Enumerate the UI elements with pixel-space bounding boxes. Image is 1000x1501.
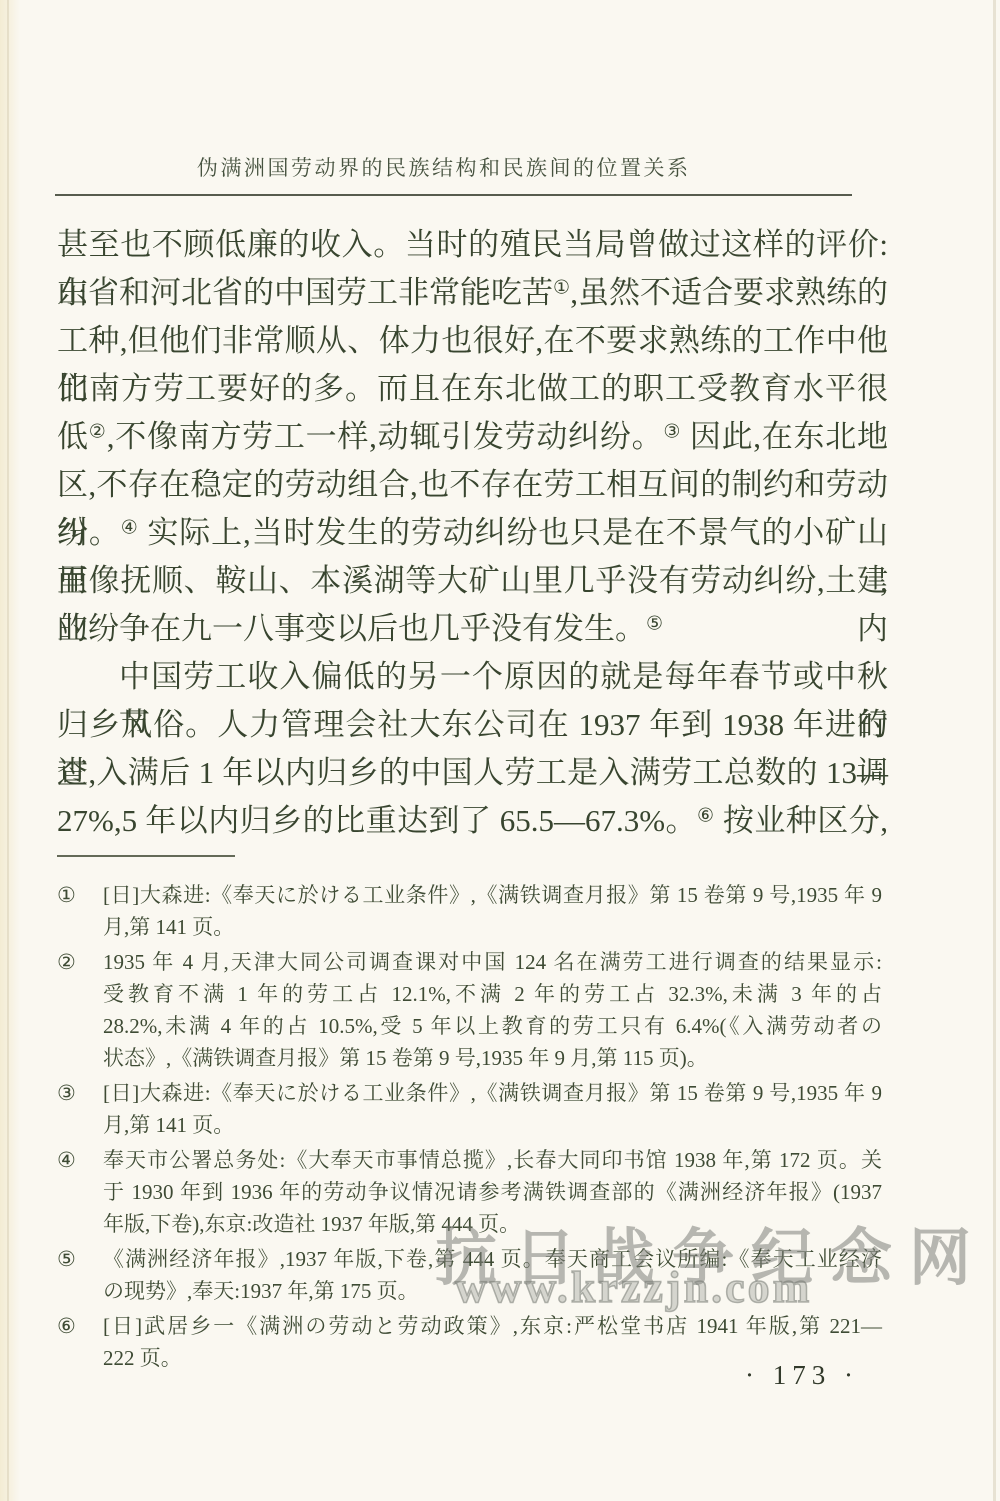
footnote-line: 于 1930 年到 1936 年的劳动争议情况请参考满铁调查部的《满洲经济年报》…: [103, 1176, 882, 1208]
footnote-text: 奉天市公署总务处:《大奉天市事情总揽》,长春大同印书馆 1938 年,第 172…: [103, 1144, 882, 1240]
body-text-line: 比南方劳工要好的多。而且在东北做工的职工受教育水平很: [57, 365, 888, 413]
footnote-line: 月,第 141 页。: [103, 1109, 882, 1141]
footnote-item: ②1935 年 4 月,天津大同公司调查课对中国 124 名在满劳工进行调查的结…: [57, 946, 882, 1074]
footnote-marker: ③: [57, 1077, 103, 1141]
footnote-line: 《满洲经济年报》,1937 年版,下卷,第 444 页。奉天商工会议所编:《奉天…: [103, 1243, 882, 1275]
body-text-line: 纷。④ 实际上,当时发生的劳动纠纷也只是在不景气的小矿山里,: [57, 509, 888, 557]
footnote-line: [日]武居乡一《满洲の劳动と劳动政策》,东京:严松堂书店 1941 年版,第 2…: [103, 1310, 882, 1342]
body-text-line: 低②,不像南方劳工一样,动辄引发劳动纠纷。③ 因此,在东北地: [57, 413, 888, 461]
body-text-line: 区,不存在稳定的劳动组合,也不存在劳工相互间的制约和劳动纠: [57, 461, 888, 509]
footnote-text: 《满洲经济年报》,1937 年版,下卷,第 444 页。奉天商工会议所编:《奉天…: [103, 1243, 882, 1307]
footnote-marker: ④: [57, 1144, 103, 1240]
body-text-line: 而像抚顺、鞍山、本溪湖等大矿山里几乎没有劳动纠纷,土建业内: [57, 557, 888, 605]
book-page: 伪满洲国劳动界的民族结构和民族间的位置关系 甚至也不顾低廉的收入。当时的殖民当局…: [0, 0, 1000, 1501]
footnote-text: [日]大森进:《奉天に於ける工业条件》,《满铁调查月报》第 15 卷第 9 号,…: [103, 1077, 882, 1141]
page-right-edge-shade: [993, 0, 996, 1501]
footnote-line: 28.2%,未满 4 年的占 10.5%,受 5 年以上教育的劳工只有 6.4%…: [103, 1010, 882, 1042]
footnote-marker: ⑤: [57, 1243, 103, 1307]
footnote-ref: ⑤: [646, 613, 663, 634]
page-number: · 173 ·: [745, 1360, 859, 1391]
footnote-item: ④奉天市公署总务处:《大奉天市事情总揽》,长春大同印书馆 1938 年,第 17…: [57, 1144, 882, 1240]
footnote-line: 奉天市公署总务处:《大奉天市事情总揽》,长春大同印书馆 1938 年,第 172…: [103, 1144, 882, 1176]
footnote-line: 受教育不满 1 年的劳工占 12.1%,不满 2 年的劳工占 32.3%,未满 …: [103, 978, 882, 1010]
running-head-title: 伪满洲国劳动界的民族结构和民族间的位置关系: [197, 152, 691, 182]
body-text-line: 工种,但他们非常顺从、体力也很好,在不要求熟练的工作中他们: [57, 317, 888, 365]
footnotes: ①[日]大森进:《奉天に於ける工业条件》,《满铁调查月报》第 15 卷第 9 号…: [57, 879, 882, 1377]
footnote-line: 状态》,《满铁调查月报》第 15 卷第 9 号,1935 年 9 月,第 115…: [103, 1042, 882, 1074]
footnote-text: 1935 年 4 月,天津大同公司调查课对中国 124 名在满劳工进行调查的结果…: [103, 946, 882, 1074]
body-text-line: 归乡风俗。人力管理会社大东公司在 1937 年到 1938 年进行过调: [57, 701, 888, 749]
footnote-line: [日]大森进:《奉天に於ける工业条件》,《满铁调查月报》第 15 卷第 9 号,…: [103, 879, 882, 911]
footnote-text: [日]大森进:《奉天に於ける工业条件》,《满铁调查月报》第 15 卷第 9 号,…: [103, 879, 882, 943]
footnote-line: [日]大森进:《奉天に於ける工业条件》,《满铁调查月报》第 15 卷第 9 号,…: [103, 1077, 882, 1109]
footnote-line: 年版,下卷),东京:改造社 1937 年版,第 444 页。: [103, 1208, 882, 1240]
header-rule: [55, 194, 852, 196]
page-crease-line: [7, 0, 9, 1501]
footnote-marker: ①: [57, 879, 103, 943]
footnote-ref: ①: [553, 277, 570, 298]
footnote-marker: ⑥: [57, 1310, 103, 1374]
body-text-line: 甚至也不顾低廉的收入。当时的殖民当局曾做过这样的评价:山: [57, 221, 888, 269]
footnote-item: ①[日]大森进:《奉天に於ける工业条件》,《满铁调查月报》第 15 卷第 9 号…: [57, 879, 882, 943]
body-text-line: 27%,5 年以内归乡的比重达到了 65.5—67.3%。⑥ 按业种区分,: [57, 797, 888, 845]
footnote-separator: [57, 855, 235, 857]
body-text-line: 中国劳工收入偏低的另一个原因的就是每年春节或中秋节的: [57, 653, 888, 701]
footnote-item: ③[日]大森进:《奉天に於ける工业条件》,《满铁调查月报》第 15 卷第 9 号…: [57, 1077, 882, 1141]
footnote-marker: ②: [57, 946, 103, 1074]
footnote-line: の现势》,奉天:1937 年,第 175 页。: [103, 1275, 882, 1307]
footnote-ref: ⑥: [697, 805, 715, 826]
footnote-ref: ③: [663, 421, 681, 442]
footnote-ref: ④: [121, 517, 139, 538]
body-text-line: 查,入满后 1 年以内归乡的中国人劳工是入满劳工总数的 13—: [57, 749, 888, 797]
body-text: 甚至也不顾低廉的收入。当时的殖民当局曾做过这样的评价:山东省和河北省的中国劳工非…: [57, 221, 888, 845]
footnote-ref: ②: [89, 421, 107, 442]
page-left-edge-shade: [0, 0, 20, 1501]
footnote-line: 月,第 141 页。: [103, 911, 882, 943]
footnote-line: 1935 年 4 月,天津大同公司调查课对中国 124 名在满劳工进行调查的结果…: [103, 946, 882, 978]
body-text-line: 东省和河北省的中国劳工非常能吃苦①,虽然不适合要求熟练的: [57, 269, 888, 317]
footnote-item: ⑤《满洲经济年报》,1937 年版,下卷,第 444 页。奉天商工会议所编:《奉…: [57, 1243, 882, 1307]
